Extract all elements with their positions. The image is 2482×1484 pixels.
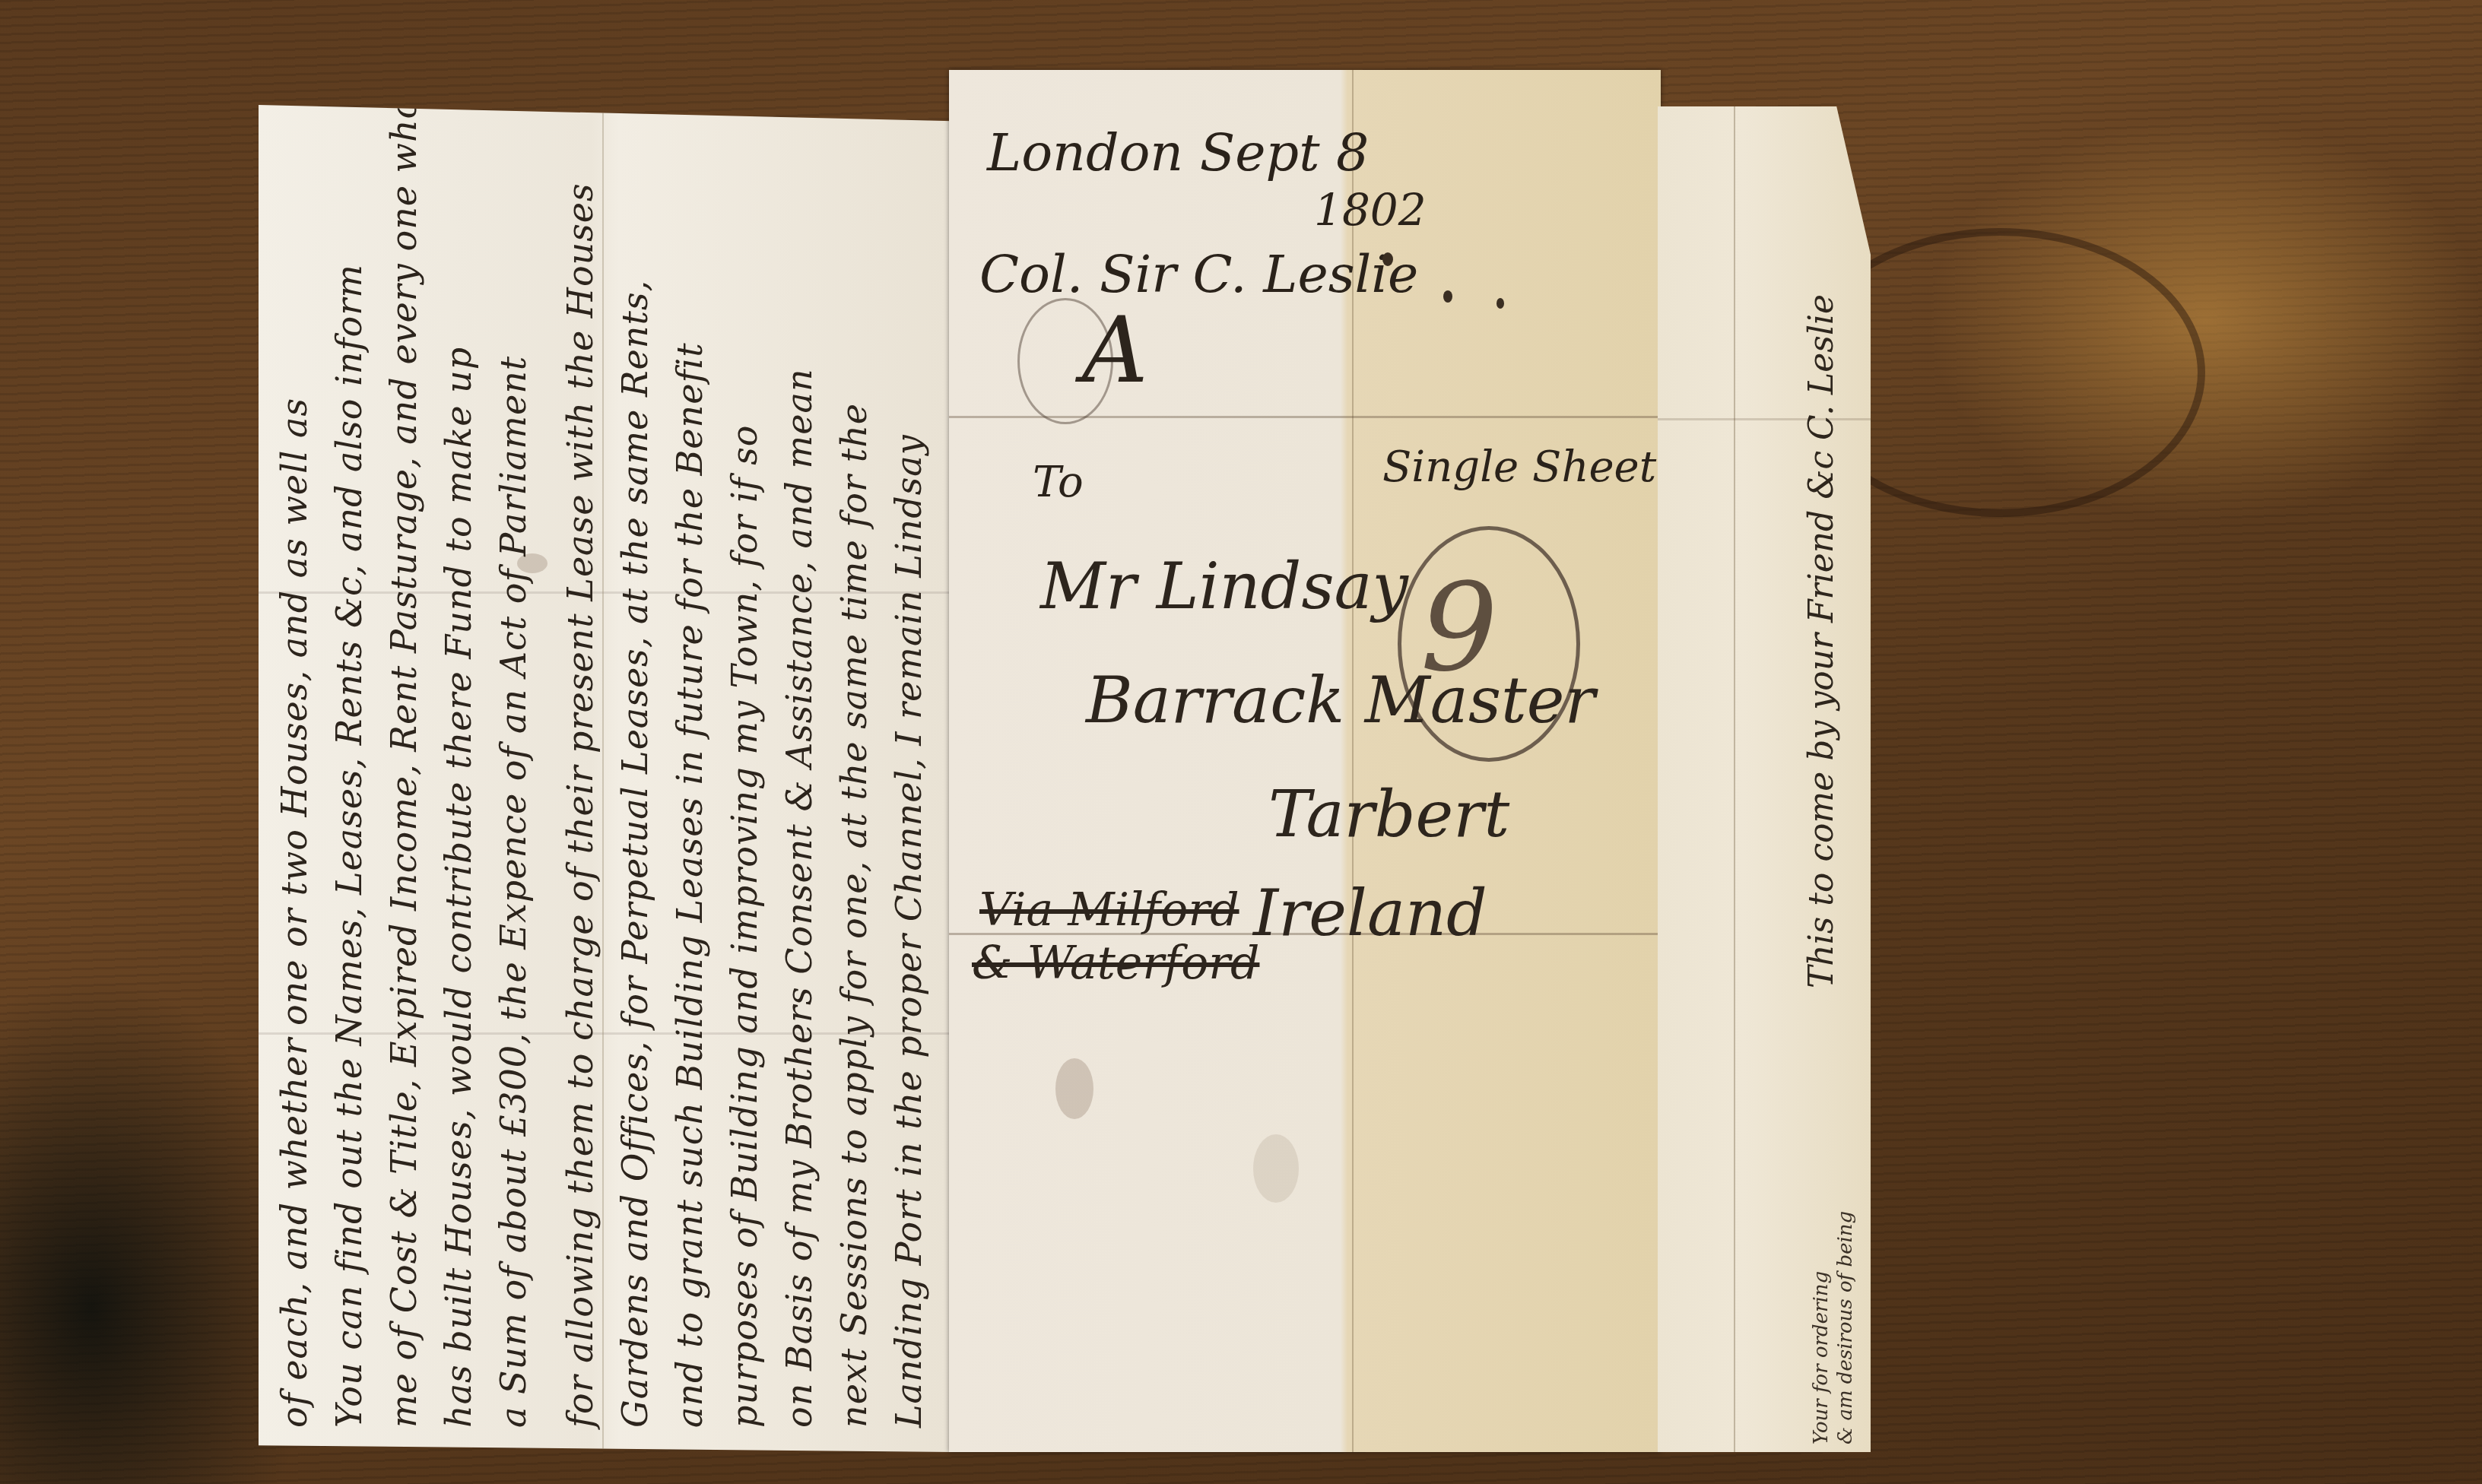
body-line: purposes of Building and improving my To… <box>724 424 765 1428</box>
ink-spot <box>1443 290 1452 303</box>
struck-route-line: Via Milford <box>979 883 1239 937</box>
address-line-name: Mr Lindsay <box>1040 549 1408 623</box>
body-line: of each, and whether one or two Houses, … <box>274 398 315 1428</box>
paper-stain <box>1253 1134 1299 1203</box>
side-note-small: & am desirous of being <box>1834 1211 1857 1444</box>
body-line: me of Cost & Title, Expired Income, Rent… <box>383 97 424 1428</box>
single-sheet-note: Single Sheet <box>1382 442 1656 492</box>
ink-spot <box>1496 298 1504 309</box>
vertical-fold <box>1734 106 1735 1452</box>
dateline-place: London Sept 8 <box>987 123 1369 183</box>
vertical-fold <box>602 105 604 1452</box>
address-line-country: Ireland <box>1253 876 1487 950</box>
ink-spot <box>1382 252 1393 266</box>
letter-address-page: London Sept 8 1802 Col. Sir C. Leslie A … <box>949 70 1661 1452</box>
address-line-town: Tarbert <box>1268 777 1509 851</box>
to-label: To <box>1033 458 1084 507</box>
body-line: Gardens and Offices, for Perpetual Lease… <box>614 280 655 1428</box>
letter-left-page: of each, and whether one or two Houses, … <box>259 105 952 1452</box>
body-line: for allowing them to charge of their pre… <box>560 182 601 1428</box>
body-line: You can find out the Names, Leases, Rent… <box>328 264 370 1428</box>
side-note-small: Your for ordering <box>1810 1271 1833 1444</box>
side-note: This to come by your Friend &c C. Leslie <box>1802 294 1841 988</box>
paper-stain <box>1055 1058 1093 1119</box>
body-line: and to grant such Building Leases in fut… <box>669 342 710 1428</box>
body-line: on Basis of my Brothers Consent & Assist… <box>779 368 820 1428</box>
body-line: next Sessions to apply for one, at the s… <box>833 403 874 1428</box>
frank-mark: A <box>1082 298 1148 404</box>
address-line-title: Barrack Master <box>1086 663 1595 737</box>
struck-route-line: & Waterford <box>972 937 1259 990</box>
letter-right-flap: This to come by your Friend &c C. Leslie… <box>1658 106 1871 1452</box>
body-line: Landing Port in the proper Channel, I re… <box>888 434 929 1428</box>
body-line: has built Houses, would contribute there… <box>438 347 479 1428</box>
dateline-year: 1802 <box>1314 184 1427 236</box>
sender-name: Col. Sir C. Leslie <box>979 245 1418 305</box>
body-line: a Sum of about £300, the Expence of an A… <box>493 356 534 1428</box>
